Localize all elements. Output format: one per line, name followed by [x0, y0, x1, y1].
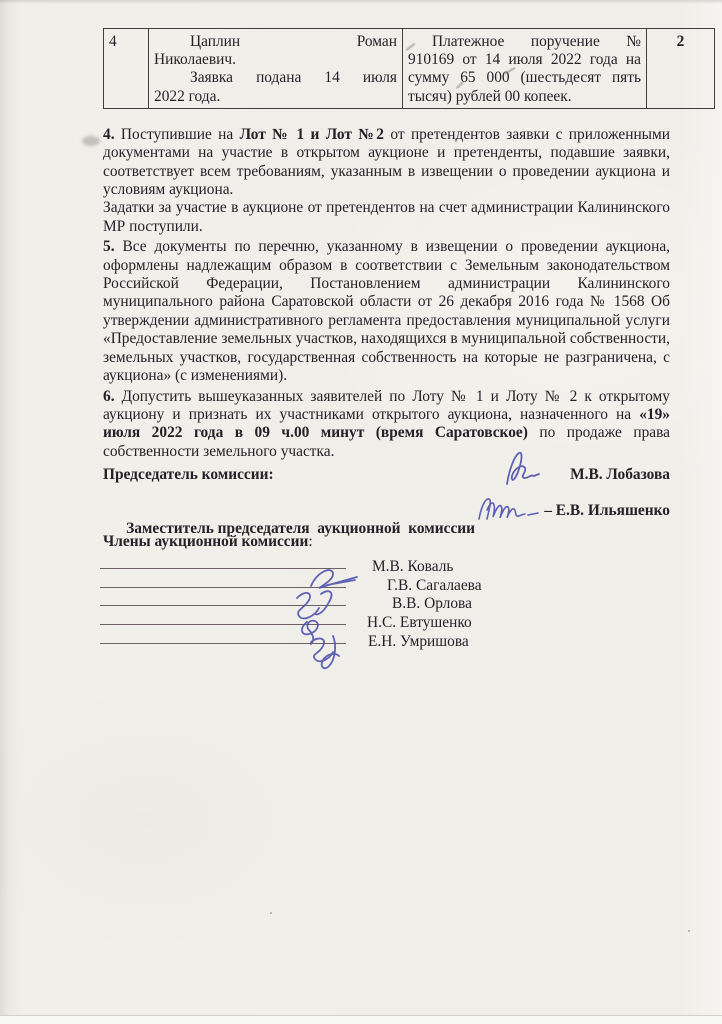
- paragraph-4-lots-bold: Лот № 1 и Лот №2: [240, 126, 384, 143]
- member-row: Е.Н. Умришова: [103, 633, 670, 652]
- cell-applicant: Цаплин Роман Николаевич. Заявка подана 1…: [149, 29, 403, 109]
- applicant-line: Заявка подана 14 июля: [154, 69, 397, 87]
- table-row: 4 Цаплин Роман Николаевич. Заявка подана…: [104, 29, 715, 109]
- member-row: М.В. Коваль: [103, 558, 670, 577]
- chairman-label: Председатель комиссии:: [103, 466, 274, 483]
- paragraph-5: 5. Все документы по перечню, указанному …: [103, 238, 670, 385]
- member-name: Е.Н. Умришова: [368, 633, 469, 651]
- paragraph-deposits: Задатки за участие в аукционе от претенд…: [103, 199, 670, 236]
- scanned-document-page: 4 Цаплин Роман Николаевич. Заявка подана…: [0, 0, 722, 1024]
- chairman-name: М.В. Лобазова: [570, 466, 670, 484]
- members-header: Члены аукционной комиссии:: [103, 533, 670, 551]
- payment-line: Платежное поручение №: [408, 33, 641, 51]
- applicant-line: Цаплин Роман: [154, 33, 397, 51]
- members-label: Члены аукционной комиссии: [103, 533, 308, 550]
- paragraph-6: 6. Допустить вышеуказанных заявителей по…: [103, 388, 670, 462]
- applicants-table: 4 Цаплин Роман Николаевич. Заявка подана…: [103, 28, 715, 109]
- scan-speck: [688, 930, 690, 932]
- paragraph-5-text: Все документы по перечню, указанному в и…: [103, 238, 670, 384]
- page-content: 4 Цаплин Роман Николаевич. Заявка подана…: [103, 28, 670, 461]
- paragraph-6-text: Допустить вышеуказанных заявителей по Ло…: [103, 388, 670, 423]
- deputy-name: – Е.В. Ильяшенко: [544, 502, 670, 520]
- paragraph-6-number: 6.: [103, 388, 115, 405]
- member-row: Г.В. Сагалаева: [103, 577, 670, 596]
- signature-line: [100, 605, 346, 606]
- chairman-signature-row: Председатель комиссии: М.В. Лобазова: [103, 466, 670, 484]
- row-number: 4: [109, 33, 117, 50]
- signature-line: [100, 643, 346, 644]
- payment-line: тысяч) рублей 00 копеек.: [408, 88, 641, 106]
- signature-line: [100, 624, 346, 625]
- scan-smudge: [82, 136, 100, 146]
- lot-count: 2: [677, 33, 685, 50]
- member-row: В.В. Орлова: [103, 595, 670, 614]
- page-bottom-edge: [0, 1015, 722, 1024]
- member-name: М.В. Коваль: [372, 558, 453, 576]
- payment-line: сумму 65 000 (шестьдесят пять: [408, 69, 641, 87]
- member-row: Н.С. Евтушенко: [103, 614, 670, 633]
- members-list: М.В. Коваль Г.В. Сагалаева В.В. Орлова Н…: [103, 558, 670, 651]
- cell-row-number: 4: [104, 29, 149, 109]
- paragraph-4-text: Поступившие на: [115, 126, 240, 143]
- signature-line: [100, 568, 346, 569]
- applicant-line: 2022 года.: [154, 88, 397, 106]
- payment-line: 910169 от 14 июля 2022 года на: [408, 51, 641, 69]
- member-name: В.В. Орлова: [392, 595, 472, 613]
- scan-speck: [270, 912, 272, 914]
- cell-lot-count: 2: [647, 29, 715, 109]
- member-name: Н.С. Евтушенко: [367, 614, 472, 632]
- paragraph-4-number: 4.: [103, 126, 115, 143]
- cell-payment: Платежное поручение № 910169 от 14 июля …: [403, 29, 647, 109]
- paragraph-5-number: 5.: [103, 238, 115, 255]
- members-label-colon: :: [308, 533, 312, 550]
- member-name: Г.В. Сагалаева: [387, 577, 482, 595]
- signature-line: [100, 587, 346, 588]
- applicant-line: Николаевич.: [154, 51, 397, 69]
- deputy-handwritten-signature: [475, 493, 549, 525]
- paragraph-4: 4. Поступившие на Лот № 1 и Лот №2 от пр…: [103, 126, 670, 200]
